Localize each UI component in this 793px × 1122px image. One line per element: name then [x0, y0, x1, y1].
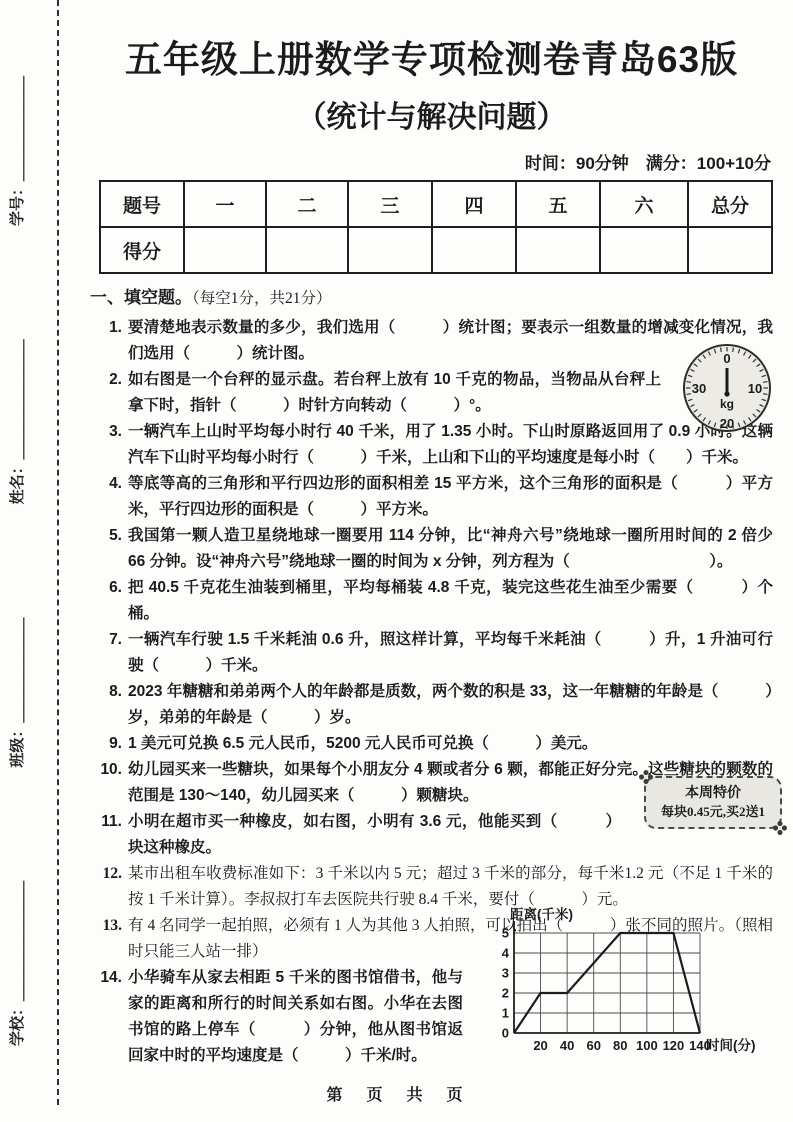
student-info-field: 班级：＿＿＿＿＿＿＿: [6, 618, 46, 768]
score-table-label: 题号: [100, 181, 184, 227]
svg-text:3: 3: [502, 966, 509, 981]
svg-text:40: 40: [560, 1038, 574, 1053]
student-info-sidebar: 学校：＿＿＿＿＿＿＿＿班级：＿＿＿＿＿＿＿姓名：＿＿＿＿＿＿＿＿学号：＿＿＿＿＿…: [6, 76, 46, 1046]
student-info-field: 学校：＿＿＿＿＿＿＿＿: [6, 881, 46, 1046]
page-title: 五年级上册数学专项检测卷青岛63版: [90, 36, 773, 84]
question-number: 1.: [92, 315, 122, 341]
question-number: 3.: [92, 419, 122, 445]
svg-text:20: 20: [720, 416, 734, 431]
question-item: 11.小明在超市买一种橡皮，如右图，小明有 3.6 元，他能买到（ ）块这种橡皮…: [90, 809, 621, 861]
scale-dial-figure: 0102030kg: [676, 341, 778, 435]
svg-text:kg: kg: [720, 397, 734, 411]
question-text: 小明在超市买一种橡皮，如右图，小明有 3.6 元，他能买到（ ）块这种橡皮。: [128, 813, 621, 856]
question-number: 2.: [92, 367, 122, 393]
chart-y-axis-label: 距离(千米): [510, 906, 573, 922]
question-number: 10.: [92, 757, 122, 783]
svg-text:4: 4: [502, 946, 510, 961]
svg-text:10: 10: [748, 381, 762, 396]
section-one-note: （每空1分，共21分）: [192, 290, 332, 307]
question-number: 11.: [92, 809, 122, 835]
price-note-title: 本周特价: [649, 783, 777, 802]
time-score-info: 时间：90分钟 满分：100+10分: [90, 154, 773, 174]
question-item: 8.2023 年糖糖和弟弟两个人的年龄都是质数，两个数的积是 33，这一年糖糖的…: [90, 679, 773, 731]
price-note-detail: 每块0.45元,买2送1: [649, 802, 777, 821]
question-item: 2.如右图是一个台秤的显示盘。若台秤上放有 10 千克的物品，当物品从台秤上拿下…: [90, 367, 661, 419]
student-info-field: 姓名：＿＿＿＿＿＿＿＿: [6, 339, 46, 504]
question-item: 4.等底等高的三角形和平行四边形的面积相差 15 平方米，这个三角形的面积是（ …: [90, 471, 773, 523]
question-item: 14.小华骑车从家去相距 5 千米的图书馆借书，他与家的距离和所行的时间关系如右…: [90, 965, 463, 1069]
score-empty-cell: [688, 227, 772, 273]
question-text: 小华骑车从家去相距 5 千米的图书馆借书，他与家的距离和所行的时间关系如右图。小…: [128, 969, 463, 1064]
question-item: 3.一辆汽车上山时平均每小时行 40 千米，用了 1.35 小时。下山时原路返回…: [90, 419, 773, 471]
question-text: 1 美元可兑换 6.5 元人民币，5200 元人民币可兑换（ ）美元。: [128, 735, 597, 752]
svg-text:80: 80: [613, 1038, 627, 1053]
svg-text:30: 30: [692, 381, 706, 396]
score-empty-cell: [432, 227, 516, 273]
score-empty-cell: [516, 227, 600, 273]
score-column-header: 五: [516, 181, 600, 227]
page-footer: 第 页 共 页: [0, 1082, 793, 1105]
score-empty-cell: [184, 227, 266, 273]
line-chart: 01234520406080100120140距离(千米)时间(分): [476, 899, 788, 1059]
cut-dashed-line: [57, 0, 59, 1105]
question-number: 4.: [92, 471, 122, 497]
svg-text:100: 100: [636, 1038, 658, 1053]
scale-dial-icon: 0102030kg: [676, 341, 778, 435]
question-item: 1.要清楚地表示数量的多少，我们选用（ ）统计图；要表示一组数量的增减变化情况，…: [90, 315, 773, 367]
distance-time-chart: 01234520406080100120140距离(千米)时间(分): [476, 899, 788, 1059]
question-number: 7.: [92, 627, 122, 653]
question-text: 一辆汽车行驶 1.5 千米耗油 0.6 升，照这样计算，平均每千米耗油（ ）升，…: [128, 631, 773, 674]
question-text: 等底等高的三角形和平行四边形的面积相差 15 平方米，这个三角形的面积是（ ）平…: [128, 475, 773, 518]
score-column-header: 一: [184, 181, 266, 227]
flower-decoration-icon: [639, 770, 653, 784]
svg-text:1: 1: [502, 1006, 509, 1021]
score-column-header: 四: [432, 181, 516, 227]
chart-x-axis-label: 时间(分): [706, 1037, 756, 1053]
section-one-title: 一、填空题。: [90, 288, 192, 307]
question-text: 把 40.5 千克花生油装到桶里，平均每桶装 4.8 千克，装完这些花生油至少需…: [128, 579, 773, 622]
question-number: 13.: [92, 913, 122, 939]
student-info-field: 学号：＿＿＿＿＿＿＿: [6, 76, 46, 226]
score-column-header: 六: [600, 181, 688, 227]
question-item: 9.1 美元可兑换 6.5 元人民币，5200 元人民币可兑换（ ）美元。: [90, 731, 773, 757]
svg-text:2: 2: [502, 986, 509, 1001]
question-text: 如右图是一个台秤的显示盘。若台秤上放有 10 千克的物品，当物品从台秤上拿下时，…: [128, 371, 661, 414]
question-text: 我国第一颗人造卫星绕地球一圈要用 114 分钟，比“神舟六号”绕地球一圈所用时间…: [128, 527, 773, 570]
question-number: 8.: [92, 679, 122, 705]
score-table: 题号一二三四五六总分 得分: [99, 180, 773, 274]
score-empty-cell: [600, 227, 688, 273]
question-number: 9.: [92, 731, 122, 757]
question-item: 5.我国第一颗人造卫星绕地球一圈要用 114 分钟，比“神舟六号”绕地球一圈所用…: [90, 523, 773, 575]
question-number: 14.: [92, 965, 122, 991]
score-row-label: 得分: [100, 227, 184, 273]
question-item: 6.把 40.5 千克花生油装到桶里，平均每桶装 4.8 千克，装完这些花生油至…: [90, 575, 773, 627]
score-table-score-row: 得分: [100, 227, 772, 273]
svg-text:60: 60: [586, 1038, 600, 1053]
flower-decoration-icon: [773, 821, 787, 835]
svg-text:5: 5: [502, 926, 509, 941]
question-number: 5.: [92, 523, 122, 549]
svg-text:20: 20: [533, 1038, 547, 1053]
question-item: 7.一辆汽车行驶 1.5 千米耗油 0.6 升，照这样计算，平均每千米耗油（ ）…: [90, 627, 773, 679]
score-column-header: 二: [266, 181, 348, 227]
svg-text:0: 0: [502, 1026, 509, 1041]
score-empty-cell: [266, 227, 348, 273]
page-subtitle: （统计与解决问题）: [90, 98, 773, 138]
section-one-heading: 一、填空题。（每空1分，共21分）: [90, 287, 773, 310]
score-column-header: 总分: [688, 181, 772, 227]
score-table-header-row: 题号一二三四五六总分: [100, 181, 772, 227]
question-text: 2023 年糖糖和弟弟两个人的年龄都是质数，两个数的积是 33，这一年糖糖的年龄…: [128, 683, 773, 726]
score-column-header: 三: [348, 181, 432, 227]
svg-text:120: 120: [663, 1038, 685, 1053]
question-number: 6.: [92, 575, 122, 601]
price-note-figure: 本周特价 每块0.45元,买2送1: [644, 776, 782, 829]
svg-text:0: 0: [723, 351, 730, 366]
question-number: 12.: [92, 861, 122, 887]
score-empty-cell: [348, 227, 432, 273]
